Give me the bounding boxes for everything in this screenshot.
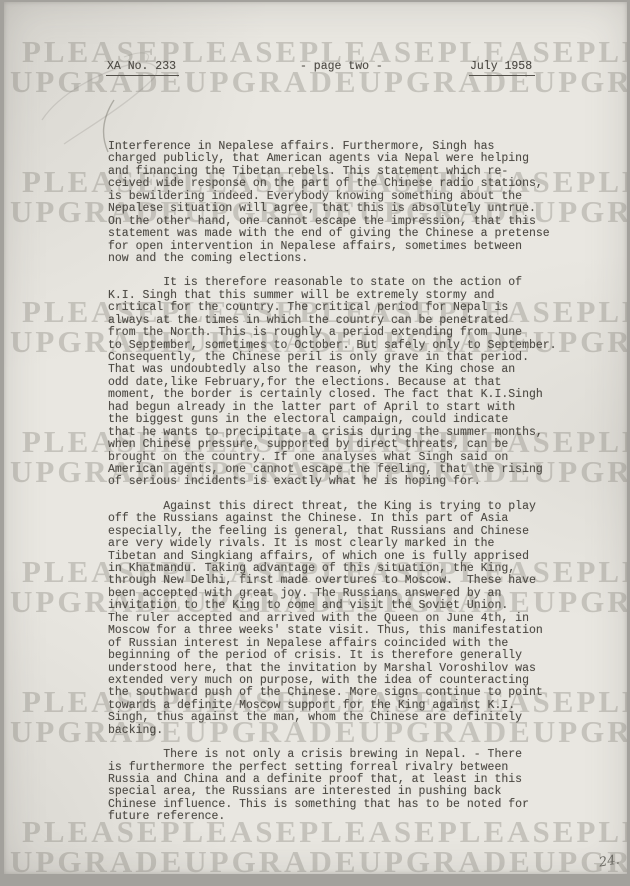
typed-content: XA No. 233 - page two - July 1958 Interf… xyxy=(4,2,627,874)
text-line: special area, the Russians are intereste… xyxy=(108,786,578,798)
paper-page: PLEASEPLEASEPLEASEPLEASEPLEASEUPGRADEUPG… xyxy=(4,2,627,874)
text-line: statement was made with the end of givin… xyxy=(108,228,578,240)
text-line: beginning of the period of crisis. It is… xyxy=(108,650,578,662)
handwritten-page-number: 24. xyxy=(598,852,621,870)
text-line: when Chinese pressure, supported by dire… xyxy=(108,439,578,451)
scanned-document-screenshot: { "header": { "doc_number": "XA No. 233"… xyxy=(0,0,630,886)
text-line: are very widely rivals. It is most clear… xyxy=(108,538,578,550)
text-line: now and the coming elections. xyxy=(108,253,578,265)
text-line: future reference. xyxy=(108,811,578,823)
text-line: That was undoubtedly also the reason, wh… xyxy=(108,364,578,376)
text-line: charged publicly, that American agents v… xyxy=(108,153,578,165)
document-body: Interference in Nepalese affairs. Furthe… xyxy=(108,141,578,836)
text-line: ceived wide response on the part of the … xyxy=(108,178,578,190)
document-header: XA No. 233 - page two - July 1958 xyxy=(4,60,627,80)
document-number: XA No. 233 xyxy=(106,60,179,76)
text-line: of serious incidents is exactly what he … xyxy=(108,476,578,488)
paragraph: There is not only a crisis brewing in Ne… xyxy=(108,749,578,824)
text-line: the biggest guns in the electoral campai… xyxy=(108,414,578,426)
text-line: moment, the border is certainly closed. … xyxy=(108,389,578,401)
text-line: It is therefore reasonable to state on t… xyxy=(108,277,578,289)
paragraph: It is therefore reasonable to state on t… xyxy=(108,277,578,488)
text-line: critical for the country. The critical p… xyxy=(108,302,578,314)
paragraph: Interference in Nepalese affairs. Furthe… xyxy=(108,141,578,265)
text-line: invitation to the King to come and visit… xyxy=(108,600,578,612)
text-line: backing. xyxy=(108,725,578,737)
text-line: Singh, thus against the man, whom the Ch… xyxy=(108,712,578,724)
text-line: off the Russians against the Chinese. In… xyxy=(108,513,578,525)
text-line: Nepalese situation will agree, that this… xyxy=(108,203,578,215)
text-line: the southward push of the Chinese. More … xyxy=(108,687,578,699)
text-line: through New Delhi, first made overtures … xyxy=(108,575,578,587)
text-line: There is not only a crisis brewing in Ne… xyxy=(108,749,578,761)
text-line: from the North. This is roughly a period… xyxy=(108,327,578,339)
paragraph: Against this direct threat, the King is … xyxy=(108,501,578,737)
page-label: - page two - xyxy=(300,60,383,73)
document-date: July 1958 xyxy=(469,60,535,76)
text-line: Moscow for a three weeks' state visit. T… xyxy=(108,625,578,637)
